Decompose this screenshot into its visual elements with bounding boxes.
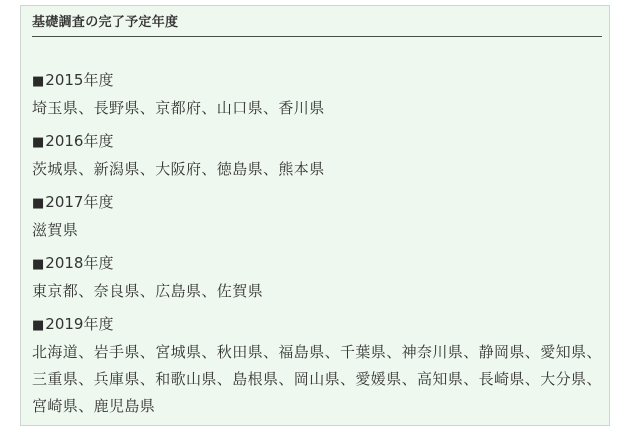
year-label: 2015年度 xyxy=(45,71,113,89)
year-label: 2019年度 xyxy=(45,315,113,333)
year-label: 2017年度 xyxy=(45,193,113,211)
square-bullet-icon: ■ xyxy=(32,135,44,150)
year-heading: ■2016年度 xyxy=(32,128,602,156)
year-label: 2016年度 xyxy=(45,132,113,150)
square-bullet-icon: ■ xyxy=(32,74,44,89)
section-2019: ■2019年度 北海道、岩手県、宮城県、秋田県、福島県、千葉県、神奈川県、静岡県… xyxy=(32,311,602,420)
square-bullet-icon: ■ xyxy=(32,196,44,211)
year-heading: ■2018年度 xyxy=(32,250,602,278)
year-heading: ■2015年度 xyxy=(32,67,602,95)
square-bullet-icon: ■ xyxy=(32,318,44,333)
section-2015: ■2015年度 埼玉県、長野県、京都府、山口県、香川県 xyxy=(32,67,602,122)
section-2017: ■2017年度 滋賀県 xyxy=(32,189,602,244)
section-2018: ■2018年度 東京都、奈良県、広島県、佐賀県 xyxy=(32,250,602,305)
schedule-sections: ■2015年度 埼玉県、長野県、京都府、山口県、香川県 ■2016年度 茨城県、… xyxy=(32,67,602,426)
prefecture-list: 茨城県、新潟県、大阪府、徳島県、熊本県 xyxy=(32,156,602,183)
year-heading: ■2017年度 xyxy=(32,189,602,217)
prefecture-list: 埼玉県、長野県、京都府、山口県、香川県 xyxy=(32,95,602,122)
prefecture-list: 東京都、奈良県、広島県、佐賀県 xyxy=(32,278,602,305)
box-title: 基礎調査の完了予定年度 xyxy=(32,14,602,37)
prefecture-list: 滋賀県 xyxy=(32,217,602,244)
year-heading: ■2019年度 xyxy=(32,311,602,339)
square-bullet-icon: ■ xyxy=(32,257,44,272)
year-label: 2018年度 xyxy=(45,254,113,272)
completion-schedule-box: 基礎調査の完了予定年度 ■2015年度 埼玉県、長野県、京都府、山口県、香川県 … xyxy=(20,5,610,426)
section-2016: ■2016年度 茨城県、新潟県、大阪府、徳島県、熊本県 xyxy=(32,128,602,183)
prefecture-list: 北海道、岩手県、宮城県、秋田県、福島県、千葉県、神奈川県、静岡県、愛知県、三重県… xyxy=(32,339,602,420)
